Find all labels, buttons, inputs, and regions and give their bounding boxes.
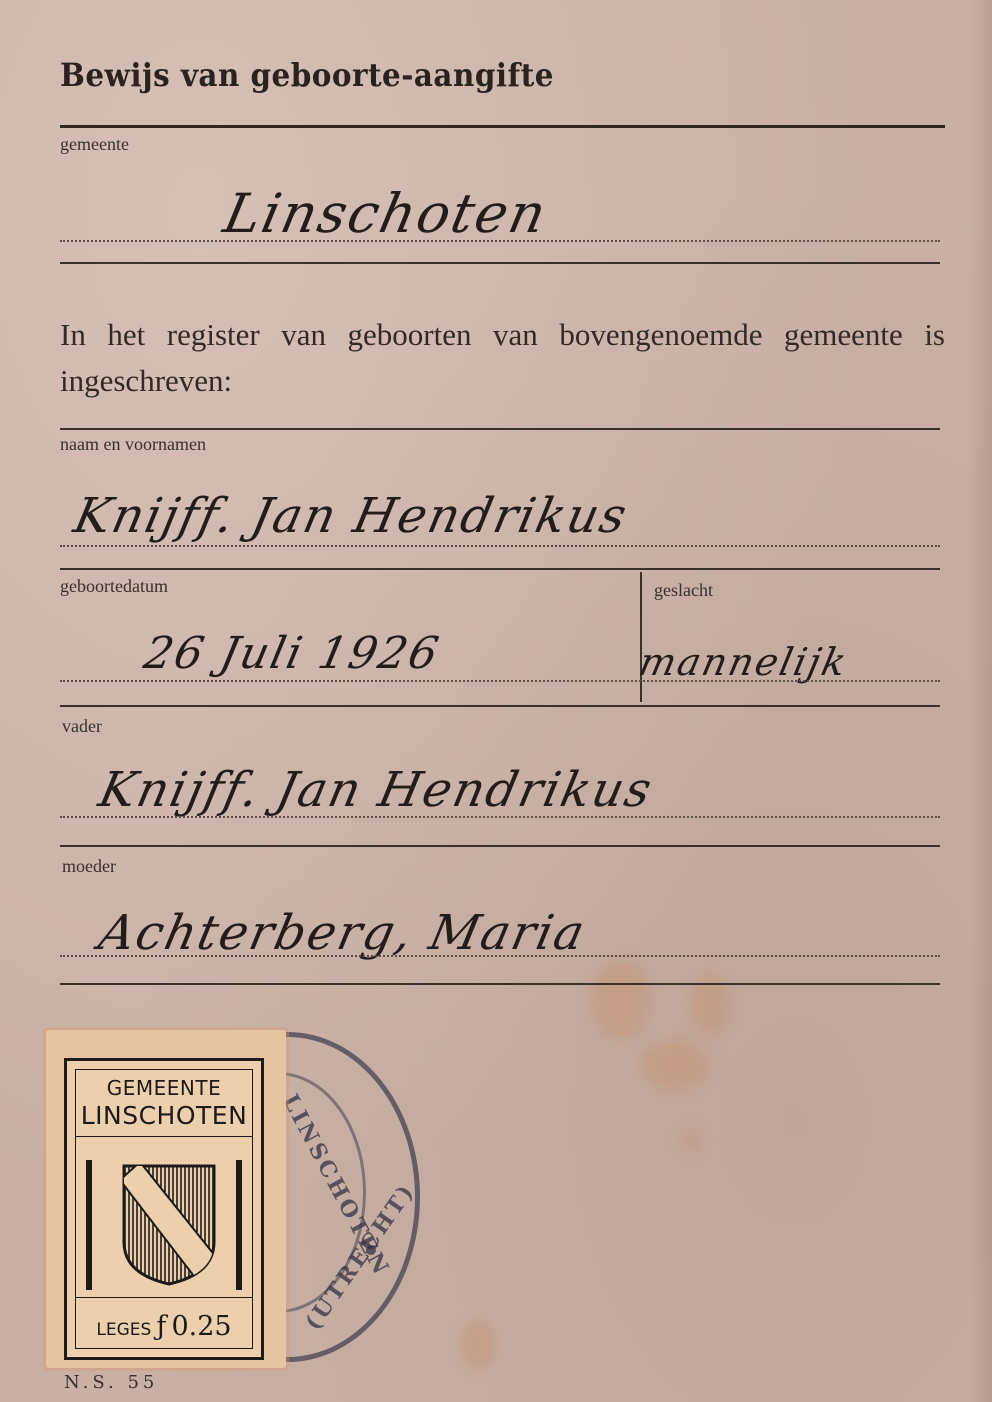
geboortedatum-label: geboortedatum: [60, 576, 168, 597]
stain: [680, 1130, 700, 1150]
intro-text: In het register van geboorten van boveng…: [60, 312, 945, 404]
stamp-fee: LEGES ƒ 0.25: [76, 1311, 252, 1342]
stamp-separator: [76, 1136, 252, 1137]
stain: [590, 960, 650, 1040]
coat-of-arms-shield-icon: [120, 1162, 218, 1286]
form-number: N.S. 55: [64, 1372, 158, 1393]
geslacht-value: mannelijk: [635, 640, 852, 684]
stamp-pillar-right: [236, 1160, 242, 1290]
fee-label: LEGES: [96, 1320, 151, 1340]
moeder-dotted-line: [60, 955, 940, 957]
geslacht-label: geslacht: [654, 580, 713, 601]
stamp-inner-frame: GEMEENTE LINSCHOTEN: [75, 1069, 253, 1349]
section-rule: [60, 262, 940, 264]
moeder-label: moeder: [62, 856, 116, 877]
gemeente-value: Linschoten: [218, 182, 553, 245]
birth-certificate-page: Bewijs van geboorte-aangifte gemeente Li…: [0, 0, 992, 1402]
stamp-line2: LINSCHOTEN: [76, 1102, 252, 1130]
naam-value: Knijff. Jan Hendrikus: [69, 488, 633, 544]
fee-amount: 0.25: [171, 1311, 231, 1342]
document-title: Bewijs van geboorte-aangifte: [60, 56, 554, 94]
geboortedatum-dotted-line: [60, 680, 940, 682]
paper-edge-shadow: [970, 0, 992, 1402]
section-rule: [60, 428, 940, 430]
stamp-separator: [76, 1297, 252, 1298]
naam-dotted-line: [60, 545, 940, 547]
stamp-line1: GEMEENTE: [76, 1074, 252, 1102]
vader-dotted-line: [60, 816, 940, 818]
stamp-header: GEMEENTE LINSCHOTEN: [76, 1074, 252, 1130]
section-rule: [60, 983, 940, 985]
section-rule: [60, 568, 940, 570]
stain: [640, 1040, 710, 1090]
section-rule: [60, 845, 940, 847]
vader-value: Knijff. Jan Hendrikus: [94, 762, 658, 818]
seal-dot-icon: [366, 1245, 376, 1255]
gemeente-label: gemeente: [60, 134, 129, 155]
section-rule: [60, 705, 940, 707]
stamp-pillar-left: [86, 1160, 92, 1290]
revenue-stamp: GEMEENTE LINSCHOTEN: [64, 1058, 264, 1360]
moeder-value: Achterberg, Maria: [94, 905, 591, 961]
naam-label: naam en voornamen: [60, 434, 206, 455]
geboortedatum-value: 26 Juli 1926: [140, 628, 445, 679]
title-rule: [60, 125, 945, 128]
gemeente-dotted-line: [60, 240, 940, 242]
vader-label: vader: [62, 716, 102, 737]
stain: [460, 1320, 496, 1370]
fee-currency: ƒ: [156, 1311, 166, 1342]
